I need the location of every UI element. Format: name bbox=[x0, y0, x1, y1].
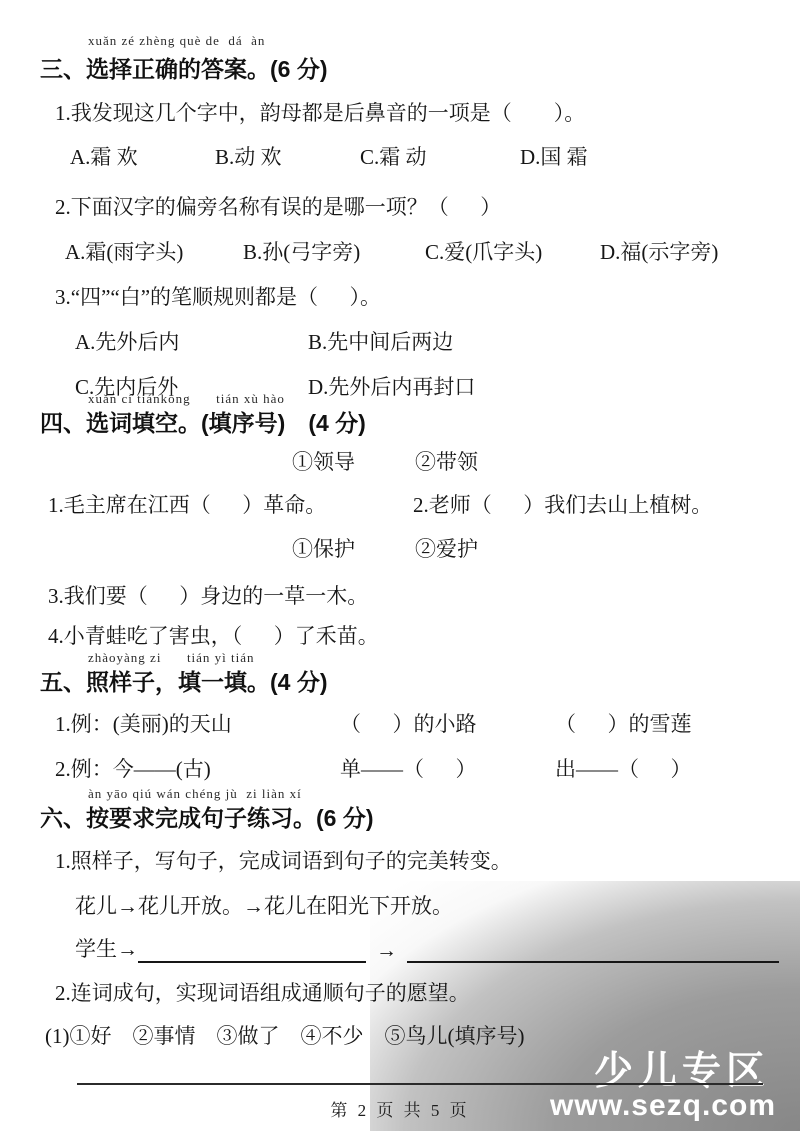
answer-blank bbox=[138, 939, 366, 963]
section3-q1-text: 1.我发现这几个字中，韵母都是后鼻音的一项是（ ）。 bbox=[55, 97, 585, 127]
section4-title: 四、选词填空。(填序号) (4 分) bbox=[40, 405, 366, 438]
example-phrase: 2.例：今——(古) bbox=[55, 753, 211, 783]
section6-q2-word-items: (1)①好 ②事情 ③做了 ④不少 ⑤鸟儿(填序号) bbox=[45, 1020, 524, 1050]
section3-q3-text: 3.“四”“白”的笔顺规则都是（ ）。 bbox=[55, 281, 381, 311]
option-a: A.先外后内 bbox=[75, 326, 179, 356]
section4-word-bank1: ①领导 ②带领 bbox=[0, 446, 800, 478]
section3-q2-options: A.霜(雨字头) B.孙(弓字旁) C.爱(爪字头) D.福(示字旁) bbox=[0, 236, 800, 268]
option-c: C.爱(爪字头) bbox=[425, 236, 542, 266]
word-bank-item-1: ①领导 bbox=[292, 446, 355, 476]
arrow-glyph: → bbox=[376, 938, 397, 963]
page-number: 第 2 页 共 5 页 bbox=[0, 1096, 800, 1121]
section4-word-bank2: ①保护 ②爱护 bbox=[0, 533, 800, 565]
word-bank-item-2: ②爱护 bbox=[415, 533, 478, 563]
section3-q2-text: 2.下面汉字的偏旁名称有误的是哪一项？（ ） bbox=[55, 191, 501, 221]
option-a: A.霜(雨字头) bbox=[65, 236, 183, 266]
word-bank-item-2: ②带领 bbox=[415, 446, 478, 476]
section4-q1: 1.毛主席在江西（ ）革命。 bbox=[48, 489, 326, 519]
option-a: A.霜 欢 bbox=[70, 141, 138, 171]
section6-q1-example: 花儿→花儿开放。→花儿在阳光下开放。 bbox=[75, 890, 453, 920]
answer-blank bbox=[407, 939, 779, 963]
section6-title: 六、按要求完成句子练习。(6 分) bbox=[40, 800, 374, 833]
section6-q2: 2.连词成句，实现词语组成通顺句子的愿望。 bbox=[55, 977, 470, 1007]
example-phrase: 1.例：(美丽)的天山 bbox=[55, 708, 232, 738]
section4-q3: 3.我们要（ ）身边的一草一木。 bbox=[48, 580, 368, 610]
fill-blank-phrase: （ ）的小路 bbox=[340, 708, 477, 738]
fill-blank-phrase: 单——（ ） bbox=[340, 753, 477, 783]
section4-q1-q2-row: 1.毛主席在江西（ ）革命。 2.老师（ ）我们去山上植树。 bbox=[0, 489, 800, 521]
footer-divider bbox=[77, 1083, 763, 1085]
option-b: B.孙(弓字旁) bbox=[243, 236, 360, 266]
test-paper-page: xuǎn zé zhèng què de dá àn 三、选择正确的答案。(6 … bbox=[0, 0, 800, 1131]
fill-blank-phrase: 出——（ ） bbox=[555, 753, 692, 783]
section3-title: 三、选择正确的答案。(6 分) bbox=[40, 51, 328, 84]
section6-q1: 1.照样子，写句子，完成词语到句子的完美转变。 bbox=[55, 845, 512, 875]
option-b: B.动 欢 bbox=[215, 141, 282, 171]
section5-q2-row: 2.例：今——(古) 单——（ ） 出——（ ） bbox=[0, 753, 800, 785]
option-c: C.霜 动 bbox=[360, 141, 427, 171]
option-d: D.福(示字旁) bbox=[600, 236, 718, 266]
option-d: D.国 霜 bbox=[520, 141, 588, 171]
section3-q1-options: A.霜 欢 B.动 欢 C.霜 动 D.国 霜 bbox=[0, 141, 800, 173]
section4-q2: 2.老师（ ）我们去山上植树。 bbox=[413, 489, 712, 519]
section5-q1-row: 1.例：(美丽)的天山 （ ）的小路 （ ）的雪莲 bbox=[0, 708, 800, 740]
option-d: D.先外后内再封口 bbox=[308, 371, 475, 401]
option-b: B.先中间后两边 bbox=[308, 326, 453, 356]
section3-q3-options-row1: A.先外后内 B.先中间后两边 bbox=[0, 326, 800, 358]
section6-q1-answer-row: 学生→ → bbox=[75, 933, 779, 963]
word-bank-item-1: ①保护 bbox=[292, 533, 355, 563]
section4-q4: 4.小青蛙吃了害虫，（ ）了禾苗。 bbox=[48, 620, 379, 650]
answer-prompt: 学生→ bbox=[75, 933, 138, 963]
section3-pinyin: xuǎn zé zhèng què de dá àn bbox=[88, 33, 265, 49]
section5-title: 五、照样子，填一填。(4 分) bbox=[40, 664, 328, 697]
fill-blank-phrase: （ ）的雪莲 bbox=[555, 708, 692, 738]
watermark-brand: 少儿专区 bbox=[594, 1040, 770, 1096]
